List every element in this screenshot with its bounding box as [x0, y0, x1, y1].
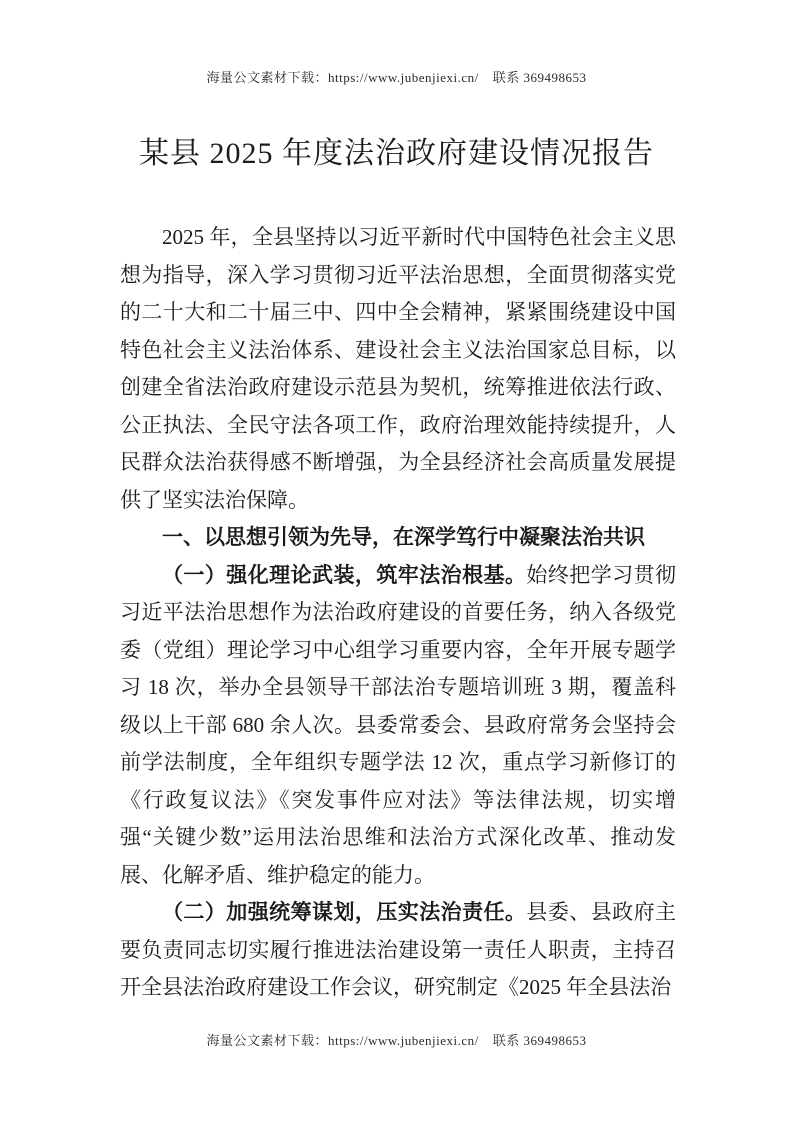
section-heading-1: 一、以思想引领为先导，在深学笃行中凝聚法治共识	[120, 519, 676, 557]
paragraph-intro: 2025 年，全县坚持以习近平新时代中国特色社会主义思想为指导，深入学习贯彻习近…	[120, 219, 676, 519]
paragraph-text-1: 始终把学习贯彻习近平法治思想作为法治政府建设的首要任务，纳入各级党委（党组）理论…	[120, 563, 676, 887]
paragraph-section-1-1: （一）强化理论武装，筑牢法治根基。始终把学习贯彻习近平法治思想作为法治政府建设的…	[120, 557, 676, 895]
paragraph-section-1-2: （二）加强统筹谋划，压实法治责任。县委、县政府主要负责同志切实履行推进法治建设第…	[120, 894, 676, 1007]
document-title: 某县 2025 年度法治政府建设情况报告	[0, 128, 793, 172]
document-body: 2025 年，全县坚持以习近平新时代中国特色社会主义思想为指导，深入学习贯彻习近…	[120, 219, 676, 1007]
footer-url: https://www.jubenjiexi.cn/	[328, 1033, 479, 1048]
header-label: 海量公文素材下载：	[206, 70, 328, 85]
footer-label: 海量公文素材下载：	[206, 1033, 328, 1048]
document-page: 海量公文素材下载：https://www.jubenjiexi.cn/联系 36…	[0, 0, 793, 1122]
paragraph-lead-1: （一）强化理论武装，筑牢法治根基。	[162, 563, 526, 587]
page-header: 海量公文素材下载：https://www.jubenjiexi.cn/联系 36…	[0, 68, 793, 88]
header-url: https://www.jubenjiexi.cn/	[328, 70, 479, 85]
header-contact: 联系 369498653	[493, 70, 587, 85]
paragraph-intro-text: 2025 年，全县坚持以习近平新时代中国特色社会主义思想为指导，深入学习贯彻习近…	[120, 225, 676, 512]
paragraph-lead-2: （二）加强统筹谋划，压实法治责任。	[162, 900, 526, 924]
page-footer: 海量公文素材下载：https://www.jubenjiexi.cn/联系 36…	[0, 1031, 793, 1051]
footer-contact: 联系 369498653	[493, 1033, 587, 1048]
